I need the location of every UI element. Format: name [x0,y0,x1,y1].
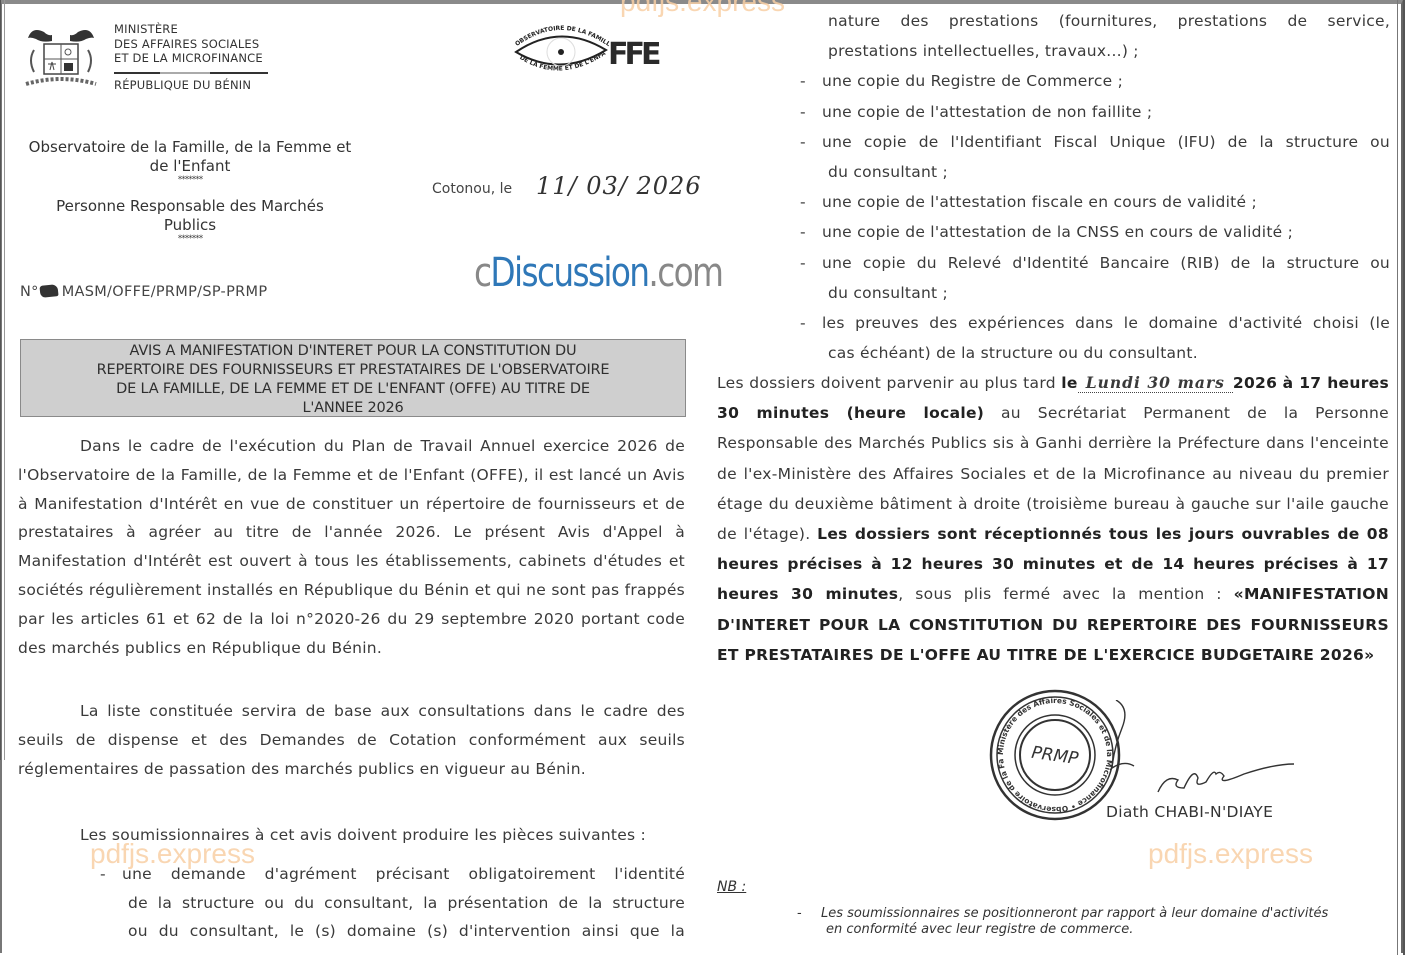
office-name-line: Publics [22,216,358,235]
pdfjs-watermark-right: pdfjs.express [1148,838,1313,870]
separator: ******* [22,235,358,244]
org-name-line: Observatoire de la Famille, de la Femme … [22,138,358,157]
list-item-continuation: du consultant ; [800,157,1390,187]
required-documents-list: nature des prestations (fournitures, pre… [800,6,1390,368]
handwritten-deadline: Lundi 30 mars [1078,373,1233,393]
handwritten-date: 11/ 03/ 2026 [536,172,702,200]
paragraph-context: Dans le cadre de l'exécution du Plan de … [18,432,685,662]
sender-block: Observatoire de la Famille, de la Femme … [22,138,358,244]
ministry-line: DES AFFAIRES SOCIALES [114,37,268,52]
handwritten-signature-icon [1108,700,1308,810]
offe-eye-logo-icon: OBSERVATOIRE DE LA FAMILLE DE LA FEMME E… [508,16,668,82]
paragraph-submission: Les dossiers doivent parvenir au plus ta… [717,368,1389,670]
bullet-dash: - [100,860,106,889]
place-date-label: Cotonou, le [432,181,512,197]
list-item: -une copie de l'attestation de la CNSS e… [800,217,1390,247]
svg-text:PRMP: PRMP [1030,743,1080,769]
ministry-line: ET DE LA MICROFINANCE [114,51,268,66]
official-stamp-icon: Ministère des Affaires Sociales et de la… [988,688,1122,822]
list-item: -une copie de l'Identifiant Fiscal Uniqu… [800,127,1390,157]
benin-coat-of-arms-icon [22,22,100,94]
list-item: -une copie de l'attestation de non faill… [800,97,1390,127]
separator: ******* [22,176,358,185]
header-divider [114,72,268,74]
nb-note: - Les soumissionnaires se positionneront… [797,906,1389,938]
list-item: -une copie de l'attestation fiscale en c… [800,187,1390,217]
list-item-continuation: prestations intellectuelles, travaux...)… [800,36,1390,66]
page-left-edge [0,0,5,760]
list-item-continuation: cas échéant) de la structure ou du consu… [800,338,1390,368]
reference-number: N°MASM/OFFE/PRMP/SP-PRMP [20,284,267,300]
country-name: RÉPUBLIQUE DU BÉNIN [114,78,268,93]
paragraph-purpose: La liste constituée servira de base aux … [18,697,685,783]
ministry-line: MINISTÈRE [114,22,268,37]
list-item: -les preuves des expériences dans le dom… [800,308,1390,338]
ministry-header: MINISTÈRE DES AFFAIRES SOCIALES ET DE LA… [114,22,268,92]
org-name-line: de l'Enfant [22,157,358,176]
svg-text:OBSERVATOIRE DE LA FAMILLE: OBSERVATOIRE DE LA FAMILLE [508,16,612,48]
svg-text:FFE: FFE [608,37,660,72]
list-item: -une copie du Registre de Commerce ; [800,66,1390,96]
page-right-edge [1397,0,1405,955]
notice-title: AVIS A MANIFESTATION D'INTERET POUR LA C… [20,339,686,417]
cdiscussion-watermark: cDiscussion.com [474,250,722,296]
nb-label: NB : [717,879,746,895]
list-item-application-request: - une demande d'agrément précisant oblig… [100,860,685,946]
office-name-line: Personne Responsable des Marchés [22,197,358,216]
handwritten-number-scribble [39,284,58,298]
list-item-continuation: nature des prestations (fournitures, pre… [800,6,1390,36]
list-item: -une copie du Relevé d'Identité Bancaire… [800,248,1390,278]
list-item-continuation: du consultant ; [800,278,1390,308]
signatory-name: Diath CHABI-N'DIAYE [1106,803,1273,821]
